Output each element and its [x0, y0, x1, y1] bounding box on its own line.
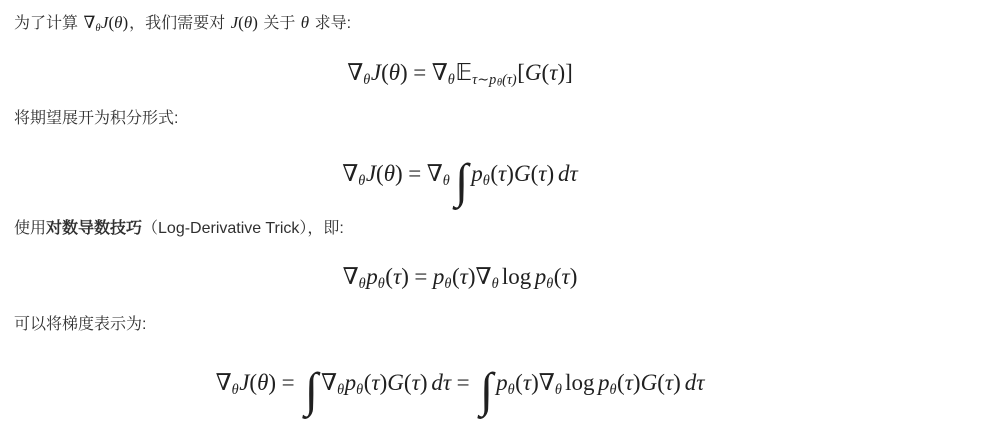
- math-token: ∇: [347, 60, 363, 86]
- document: 为了计算 ∇θJ(θ)，我们需要对 J(θ) 关于 θ 求导: ∇θJ(θ)=∇…: [0, 0, 906, 417]
- math-token: θ: [359, 276, 366, 292]
- display-formula-integral-form: ∇θJ(θ)=∇θ∫pθ(τ)G(τ)dτ: [14, 146, 906, 202]
- inline-math: θ: [301, 13, 309, 32]
- math-token: τ: [561, 264, 569, 289]
- math-token: (τ): [502, 72, 517, 88]
- math-token: ]: [565, 60, 573, 85]
- math-token: p: [496, 370, 508, 395]
- display-formula-final-gradient: ∇θJ(θ)=∫∇θpθ(τ)G(τ)dτ=∫pθ(τ)∇θlogpθ(τ)G(…: [14, 349, 906, 417]
- math-token: ∇: [432, 60, 448, 86]
- math-token: log: [565, 370, 594, 395]
- math-token: ): [401, 264, 409, 289]
- math-token: θ: [358, 173, 365, 189]
- math-token: ∇: [427, 161, 443, 187]
- math-token: (: [249, 370, 257, 395]
- math-token: J: [366, 161, 376, 186]
- math-token: ∇: [216, 370, 232, 396]
- text-run: 可以将梯度表示为:: [14, 316, 146, 333]
- math-token: 𝔼: [455, 60, 472, 86]
- math-token: G: [387, 370, 404, 395]
- math-token: p: [535, 264, 547, 289]
- text-run: 求导:: [310, 15, 351, 32]
- math-token: p: [471, 161, 483, 186]
- display-formula-gradient-expectation: ∇θJ(θ)=∇θ𝔼τ∼pθ(τ)[G(τ)]: [14, 53, 906, 93]
- inline-math: J(θ): [231, 13, 258, 32]
- math-token: (: [404, 370, 412, 395]
- math-token: τ: [625, 370, 633, 395]
- math-token: ∫: [480, 364, 493, 417]
- math-token: (: [385, 264, 393, 289]
- math-token: ∇: [539, 370, 555, 396]
- math-token: =: [282, 370, 295, 395]
- math-token: d: [558, 161, 570, 186]
- paragraph-intro-derivative: 为了计算 ∇θJ(θ)，我们需要对 J(θ) 关于 θ 求导:: [14, 13, 906, 34]
- text-run: 为了计算: [14, 15, 82, 32]
- text-run: 将期望展开为积分形式:: [14, 110, 178, 127]
- display-formula-log-derivative-trick: ∇θpθ(τ)=pθ(τ)∇θlogpθ(τ): [14, 259, 906, 295]
- math-token: τ: [371, 370, 379, 395]
- math-token: ∫: [305, 364, 318, 417]
- math-token: ): [557, 60, 565, 85]
- math-token: θ: [114, 13, 122, 32]
- math-token: (: [617, 370, 625, 395]
- math-token: G: [641, 370, 658, 395]
- math-token: τ: [412, 370, 420, 395]
- bold-text-run: 对数导数技巧: [46, 220, 142, 237]
- math-token: G: [525, 60, 542, 85]
- text-run: ，我们需要对: [129, 15, 229, 32]
- math-token: [: [517, 60, 525, 85]
- math-token: τ: [523, 370, 531, 395]
- text-run: 使用: [14, 220, 46, 237]
- math-token: ): [633, 370, 641, 395]
- math-token: τ: [443, 370, 451, 395]
- math-token: ): [468, 264, 476, 289]
- math-token: (: [490, 161, 498, 186]
- math-token: ): [420, 370, 428, 395]
- math-token: d: [431, 370, 443, 395]
- math-token: θ: [609, 382, 616, 398]
- math-token: ∇: [83, 13, 95, 33]
- math-token: (: [452, 264, 460, 289]
- math-token: (: [657, 370, 665, 395]
- math-token: ∇: [343, 264, 359, 290]
- text-run: 关于: [259, 15, 300, 32]
- math-token: J: [239, 370, 249, 395]
- math-token: θ: [508, 382, 515, 398]
- math-token: ): [506, 161, 514, 186]
- math-token: p: [345, 370, 357, 395]
- math-token: G: [514, 161, 531, 186]
- math-token: θ: [356, 382, 363, 398]
- math-token: θ: [257, 370, 268, 395]
- math-token: ∫: [455, 155, 468, 208]
- paragraph-gradient-expression: 可以将梯度表示为:: [14, 315, 906, 335]
- math-token: θ: [384, 161, 395, 186]
- math-token: ): [252, 13, 258, 32]
- text-run: （Log-Derivative Trick），即:: [142, 220, 344, 237]
- math-token: τ: [570, 161, 578, 186]
- math-token: =: [413, 60, 426, 85]
- math-token: p: [598, 370, 610, 395]
- math-token: τ: [696, 370, 704, 395]
- math-token: ∇: [476, 264, 492, 290]
- paragraph-log-derivative-trick: 使用对数导数技巧（Log-Derivative Trick），即:: [14, 219, 906, 239]
- math-token: θ: [95, 23, 100, 34]
- math-token: θ: [389, 60, 400, 85]
- paragraph-integral-form: 将期望展开为积分形式:: [14, 109, 906, 129]
- math-token: =: [408, 161, 421, 186]
- math-token: (: [515, 370, 523, 395]
- math-token: τ: [460, 264, 468, 289]
- math-token: θ: [483, 173, 490, 189]
- math-token: ): [673, 370, 681, 395]
- math-token: ): [546, 161, 554, 186]
- math-token: θ: [337, 382, 344, 398]
- math-token: =: [414, 264, 427, 289]
- math-token: ): [400, 60, 408, 85]
- math-token: =: [457, 370, 470, 395]
- math-token: log: [502, 264, 531, 289]
- math-token: θ: [363, 72, 370, 88]
- math-token: p: [433, 264, 445, 289]
- math-token: ): [268, 370, 276, 395]
- math-token: p: [366, 264, 378, 289]
- math-token: J: [371, 60, 381, 85]
- math-token: ): [123, 13, 129, 32]
- math-token: θ: [244, 13, 252, 32]
- math-token: ∇: [321, 370, 337, 396]
- math-token: θ: [555, 382, 562, 398]
- math-token: τ: [665, 370, 673, 395]
- math-token: θ: [444, 276, 451, 292]
- math-token: ): [395, 161, 403, 186]
- math-token: θ: [301, 13, 309, 32]
- math-token: θ: [232, 382, 239, 398]
- math-token: τ: [393, 264, 401, 289]
- math-token: θ: [378, 276, 385, 292]
- math-token: θ: [492, 276, 499, 292]
- math-token: ∇: [342, 161, 358, 187]
- math-token: ): [570, 264, 578, 289]
- math-token: d: [685, 370, 697, 395]
- math-token: τ∼p: [472, 72, 496, 88]
- math-token: (: [381, 60, 389, 85]
- math-token: θ: [448, 72, 455, 88]
- math-token: θ: [443, 173, 450, 189]
- math-token: (: [376, 161, 384, 186]
- math-token: ): [531, 370, 539, 395]
- math-token: θ: [546, 276, 553, 292]
- inline-math: ∇θJ(θ): [83, 13, 128, 32]
